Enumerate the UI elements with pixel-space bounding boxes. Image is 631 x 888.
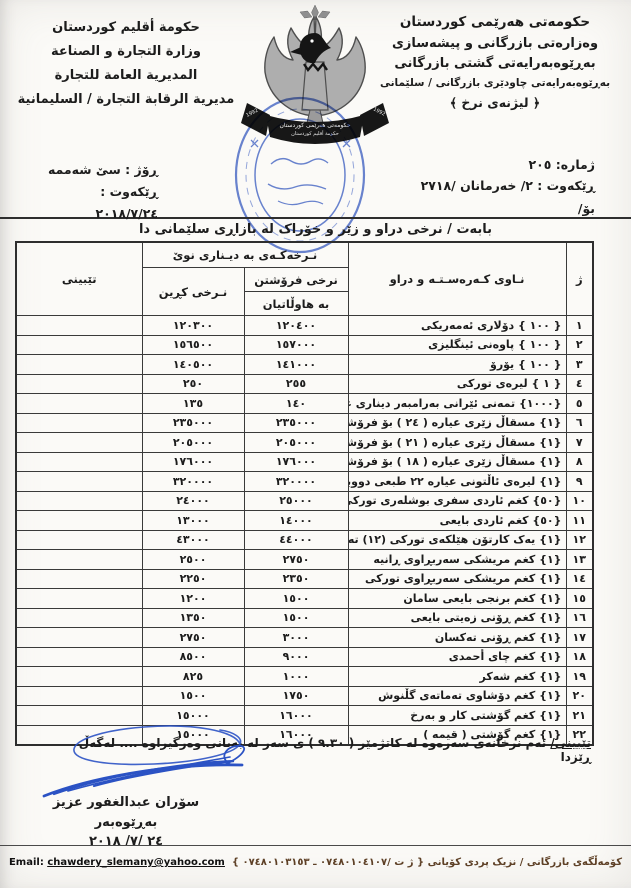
sell-price-cell: ١٧٦٠٠٠	[244, 452, 348, 472]
note-cell	[16, 355, 142, 375]
item-name-cell: {١} کغم ڕۆنی تەکسان	[348, 628, 566, 648]
header-line: وزارة التجارة و الصناعة	[16, 40, 236, 64]
buy-price-cell: ٨٢٥	[142, 667, 244, 687]
sell-price-cell: ١٤٠٠٠	[244, 511, 348, 531]
row-number-cell: ٩	[566, 472, 593, 492]
buy-price-cell: ١٧٦٠٠٠	[142, 452, 244, 472]
header-line: وەزارەتی بازرگانی و پیشەسازی	[369, 34, 621, 55]
sell-price-cell: ٢٣٥٠٠٠	[244, 413, 348, 433]
note-cell	[16, 433, 142, 453]
table-row: ١٧{١} کغم ڕۆنی تەکسان٣٠٠٠٢٧٥٠	[16, 628, 593, 648]
buy-price-cell: ١٢٠٣٠٠	[142, 316, 244, 336]
note-cell	[16, 589, 142, 609]
buy-price-cell: ٢٤٠٠٠	[142, 491, 244, 511]
note-cell	[16, 472, 142, 492]
item-name-cell: {١} یەک کارتۆن هێلکەی تورکی (١٢) تەبەقی	[348, 530, 566, 550]
item-name-cell: {١٠٠٠} تمەنی ئێرانی بەرامبەر دیناری عێرا…	[348, 394, 566, 414]
buy-price-cell: ٣٢٠٠٠٠	[142, 472, 244, 492]
column-header-price-group: نـرخەکـەی بە دیـناری نوێ	[142, 242, 348, 268]
column-header-buy-price: نـرخی کڕین	[142, 268, 244, 316]
buy-price-cell: ٢٢٥٠	[142, 569, 244, 589]
table-row: ٢{ ١٠٠ } پاوەنی ئینگلیزی١٥٧٠٠٠١٥٦٥٠٠	[16, 335, 593, 355]
item-name-cell: {١} مسقاڵ زێری عیارە ( ٢٤ ) بۆ فرۆشتن	[348, 413, 566, 433]
header-arabic: حكومة أقليم كوردستان وزارة التجارة و الص…	[16, 16, 236, 112]
note-cell	[16, 335, 142, 355]
meta-left-block: ڕۆژ : سێ شەممە ڕێکەوت : ٢٠١٨/٧/٢٤	[40, 159, 158, 225]
row-number-cell: ١١	[566, 511, 593, 531]
row-number-cell: ١٩	[566, 667, 593, 687]
table-row: ١٦{١} کغم ڕۆنی زەیتی بایعی١٥٠٠١٣٥٠	[16, 608, 593, 628]
table-row: ٤{ ١ } لیرەی تورکی٢٥٥٢٥٠	[16, 374, 593, 394]
header-line: حكومة أقليم كوردستان	[16, 16, 236, 40]
row-number-cell: ٢	[566, 335, 593, 355]
row-number-cell: ٢١	[566, 706, 593, 726]
note-cell	[16, 569, 142, 589]
column-header-item-name: نـاوی کـەرەسـتـە و دراو	[348, 242, 566, 316]
column-header-sell-price: نرخی فرۆشتن	[244, 268, 348, 292]
doc-date-kurdish: ڕێکەوت : ٢/ خەرمانان /٢٧١٨	[421, 176, 595, 197]
sell-price-cell: ٢٧٥٠	[244, 550, 348, 570]
buy-price-cell: ٨٥٠٠	[142, 647, 244, 667]
buy-price-cell: ٢٥٠	[142, 374, 244, 394]
signature-date: ٢٤ /٧/ ٢٠١٨	[42, 832, 210, 852]
column-header-notes: تێبینی	[16, 242, 142, 316]
item-name-cell: {١} کغم چای أحمدی	[348, 647, 566, 667]
column-header-number: ژ	[566, 242, 593, 316]
row-number-cell: ٢٠	[566, 686, 593, 706]
signatory-name: سۆران عبدالغفور عزیز	[42, 793, 210, 813]
note-cell	[16, 413, 142, 433]
doc-date-gregorian: ڕێکەوت : ٢٠١٨/٧/٢٤	[40, 181, 158, 225]
item-name-cell: { ١٠٠ } دۆلاری ئەمەریکی	[348, 316, 566, 336]
sell-price-cell: ١٤٠	[244, 394, 348, 414]
sell-price-cell: ١٧٥٠	[244, 686, 348, 706]
row-number-cell: ١٤	[566, 569, 593, 589]
note-cell	[16, 452, 142, 472]
sun-icon	[300, 5, 330, 20]
column-header-sell-sub: بە هاوڵاتیان	[244, 292, 348, 316]
table-row: ٣{ ١٠٠ } یۆرۆ١٤١٠٠٠١٤٠٥٠٠	[16, 355, 593, 375]
footnote-label: تێبینی/	[550, 736, 591, 750]
table-row: ١٢{١} یەک کارتۆن هێلکەی تورکی (١٢) تەبەق…	[16, 530, 593, 550]
row-number-cell: ١٠	[566, 491, 593, 511]
doc-number: ژمارە: ٢٠٥	[421, 155, 595, 176]
signature-block: سۆران عبدالغفور عزیز بەڕێوەبەر ٢٤ /٧/ ٢٠…	[42, 793, 210, 852]
table-row: ١٥{١} کغم برنجی بایعی سامان١٥٠٠١٢٠٠	[16, 589, 593, 609]
to-label: بۆ/	[421, 199, 595, 220]
item-name-cell: { ١٠٠ } پاوەنی ئینگلیزی	[348, 335, 566, 355]
item-name-cell: {٥٠} کغم ئاردی سفری بوشلەری تورکی	[348, 491, 566, 511]
header-line: مديرية الرقابة التجارة / السليمانية	[16, 88, 236, 112]
note-cell	[16, 647, 142, 667]
price-table-body: ١{ ١٠٠ } دۆلاری ئەمەریکی١٢٠٤٠٠١٢٠٣٠٠٢{ ١…	[16, 316, 593, 746]
buy-price-cell: ١٣٥٠	[142, 608, 244, 628]
signatory-title: بەڕێوەبەر	[42, 813, 210, 833]
buy-price-cell: ٤٣٠٠٠	[142, 530, 244, 550]
item-name-cell: {١} کغم شەکر	[348, 667, 566, 687]
buy-price-cell: ١٢٠٠	[142, 589, 244, 609]
note-cell	[16, 608, 142, 628]
note-cell	[16, 628, 142, 648]
buy-price-cell: ١٣٥	[142, 394, 244, 414]
header-line: بەڕێوەبەرایەتی گشتی بازرگانی	[369, 54, 621, 75]
note-cell	[16, 550, 142, 570]
sell-price-cell: ٣٢٠٠٠٠	[244, 472, 348, 492]
item-name-cell: {١} کغم مریشکی سەربڕاوی ڕانیە	[348, 550, 566, 570]
footer-divider	[0, 845, 631, 846]
table-row: ١٠{٥٠} کغم ئاردی سفری بوشلەری تورکی٢٥٠٠٠…	[16, 491, 593, 511]
item-name-cell: {١} مسقاڵ زێری عیارە ( ٢١ ) بۆ فرۆشتن	[348, 433, 566, 453]
sell-price-cell: ١٥٠٠	[244, 608, 348, 628]
row-number-cell: ١٥	[566, 589, 593, 609]
note-cell	[16, 316, 142, 336]
table-row: ٢٠{١} کغم دۆشاوی تەماتەی گڵنوش١٧٥٠١٥٠٠	[16, 686, 593, 706]
item-name-cell: {١} کغم دۆشاوی تەماتەی گڵنوش	[348, 686, 566, 706]
sell-price-cell: ٢٣٥٠	[244, 569, 348, 589]
footer-address: کۆمەڵگەی بازرگانی / نزیک پردی کۆیانی { ژ…	[232, 857, 622, 868]
row-number-cell: ٧	[566, 433, 593, 453]
eagle-eye	[310, 39, 313, 42]
buy-price-cell: ١٣٠٠٠	[142, 511, 244, 531]
item-name-cell: {٥٠} کغم ئاردی بایعی	[348, 511, 566, 531]
row-number-cell: ١٨	[566, 647, 593, 667]
table-row: ٥{١٠٠٠} تمەنی ئێرانی بەرامبەر دیناری عێر…	[16, 394, 593, 414]
note-cell	[16, 374, 142, 394]
buy-price-cell: ٢٣٥٠٠٠	[142, 413, 244, 433]
note-cell	[16, 491, 142, 511]
row-number-cell: ٣	[566, 355, 593, 375]
sell-price-cell: ١٢٠٤٠٠	[244, 316, 348, 336]
header-kurdish: حکومەتی هەرێمی کوردستان وەزارەتی بازرگان…	[369, 12, 621, 113]
sell-price-cell: ١٤١٠٠٠	[244, 355, 348, 375]
note-cell	[16, 686, 142, 706]
sell-price-cell: ٣٠٠٠	[244, 628, 348, 648]
row-number-cell: ١٣	[566, 550, 593, 570]
item-name-cell: {١} کغم گۆشتی کار و بەرخ	[348, 706, 566, 726]
item-name-cell: {١} لیرەی ئاڵتونی عیارە ٢٢ طبعی دووبەی	[348, 472, 566, 492]
item-name-cell: {١} کغم برنجی بایعی سامان	[348, 589, 566, 609]
table-row: ٦{١} مسقاڵ زێری عیارە ( ٢٤ ) بۆ فرۆشتن٢٣…	[16, 413, 593, 433]
table-row: ٨{١} مسقاڵ زێری عیارە ( ١٨ ) بۆ فرۆشتن١٧…	[16, 452, 593, 472]
row-number-cell: ١	[566, 316, 593, 336]
sell-price-cell: ٢٥٥	[244, 374, 348, 394]
buy-price-cell: ١٥٠٠	[142, 686, 244, 706]
table-row: ١٩{١} کغم شەکر١٠٠٠٨٢٥	[16, 667, 593, 687]
price-committee-label: ﴿ لیژنەی نرخ ﴾	[369, 93, 621, 113]
buy-price-cell: ٢٧٥٠	[142, 628, 244, 648]
table-row: ١٣{١} کغم مریشکی سەربڕاوی ڕانیە٢٧٥٠٢٥٠٠	[16, 550, 593, 570]
sell-price-cell: ١٥٧٠٠٠	[244, 335, 348, 355]
row-number-cell: ١٧	[566, 628, 593, 648]
email-link[interactable]: chawdery_slemany@yahoo.com	[47, 857, 225, 868]
sell-price-cell: ٩٠٠٠	[244, 647, 348, 667]
footer: Email: chawdery_slemany@yahoo.com کۆمەڵگ…	[0, 857, 631, 868]
table-row: ١١{٥٠} کغم ئاردی بایعی١٤٠٠٠١٣٠٠٠	[16, 511, 593, 531]
subject-title: بابەت / نرخی دراو و زێر و خۆراک لە بازاڕ…	[90, 222, 541, 237]
item-name-cell: { ١٠٠ } یۆرۆ	[348, 355, 566, 375]
sell-price-cell: ١٥٠٠	[244, 589, 348, 609]
item-name-cell: {١} کغم مریشکی سەربڕاوی تورکی	[348, 569, 566, 589]
buy-price-cell: ١٤٠٥٠٠	[142, 355, 244, 375]
table-row: ٧{١} مسقاڵ زێری عیارە ( ٢١ ) بۆ فرۆشتن٢٠…	[16, 433, 593, 453]
item-name-cell: {١} مسقاڵ زێری عیارە ( ١٨ ) بۆ فرۆشتن	[348, 452, 566, 472]
price-table-header: ژ نـاوی کـەرەسـتـە و دراو نـرخەکـەی بە د…	[16, 242, 593, 316]
row-number-cell: ٤	[566, 374, 593, 394]
sell-price-cell: ٢٥٠٠٠	[244, 491, 348, 511]
note-cell	[16, 530, 142, 550]
header-line: المديرية العامة للتجارة	[16, 64, 236, 88]
price-table: ژ نـاوی کـەرەسـتـە و دراو نـرخەکـەی بە د…	[15, 241, 594, 746]
table-row: ١٤{١} کغم مریشکی سەربڕاوی تورکی٢٣٥٠٢٢٥٠	[16, 569, 593, 589]
header-line: حکومەتی هەرێمی کوردستان	[369, 12, 621, 34]
row-number-cell: ١٢	[566, 530, 593, 550]
row-number-cell: ١٦	[566, 608, 593, 628]
email-line: Email: chawdery_slemany@yahoo.com	[9, 857, 225, 868]
row-number-cell: ٥	[566, 394, 593, 414]
note-cell	[16, 511, 142, 531]
note-cell	[16, 394, 142, 414]
sell-price-cell: ٤٤٠٠٠	[244, 530, 348, 550]
item-name-cell: {١} کغم ڕۆنی زەیتی بایعی	[348, 608, 566, 628]
meta-right-block: ژمارە: ٢٠٥ ڕێکەوت : ٢/ خەرمانان /٢٧١٨ بۆ…	[421, 155, 595, 220]
table-row: ١{ ١٠٠ } دۆلاری ئەمەریکی١٢٠٤٠٠١٢٠٣٠٠	[16, 316, 593, 336]
header-line: بەڕێوەبەرایەتی چاودێری بازرگانی / سلێمان…	[369, 75, 621, 93]
buy-price-cell: ٢٠٥٠٠٠	[142, 433, 244, 453]
sell-price-cell: ٢٠٥٠٠٠	[244, 433, 348, 453]
note-cell	[16, 667, 142, 687]
email-label: Email:	[9, 857, 44, 868]
row-number-cell: ٨	[566, 452, 593, 472]
document-page: حکومەتی هەرێمی کوردستان وەزارەتی بازرگان…	[0, 0, 631, 888]
sell-price-cell: ١٠٠٠	[244, 667, 348, 687]
table-row: ٩{١} لیرەی ئاڵتونی عیارە ٢٢ طبعی دووبەی٣…	[16, 472, 593, 492]
buy-price-cell: ٢٥٠٠	[142, 550, 244, 570]
buy-price-cell: ١٥٦٥٠٠	[142, 335, 244, 355]
row-number-cell: ٦	[566, 413, 593, 433]
doc-day: ڕۆژ : سێ شەممە	[40, 159, 158, 181]
item-name-cell: { ١ } لیرەی تورکی	[348, 374, 566, 394]
table-row: ١٨{١} کغم چای أحمدی٩٠٠٠٨٥٠٠	[16, 647, 593, 667]
